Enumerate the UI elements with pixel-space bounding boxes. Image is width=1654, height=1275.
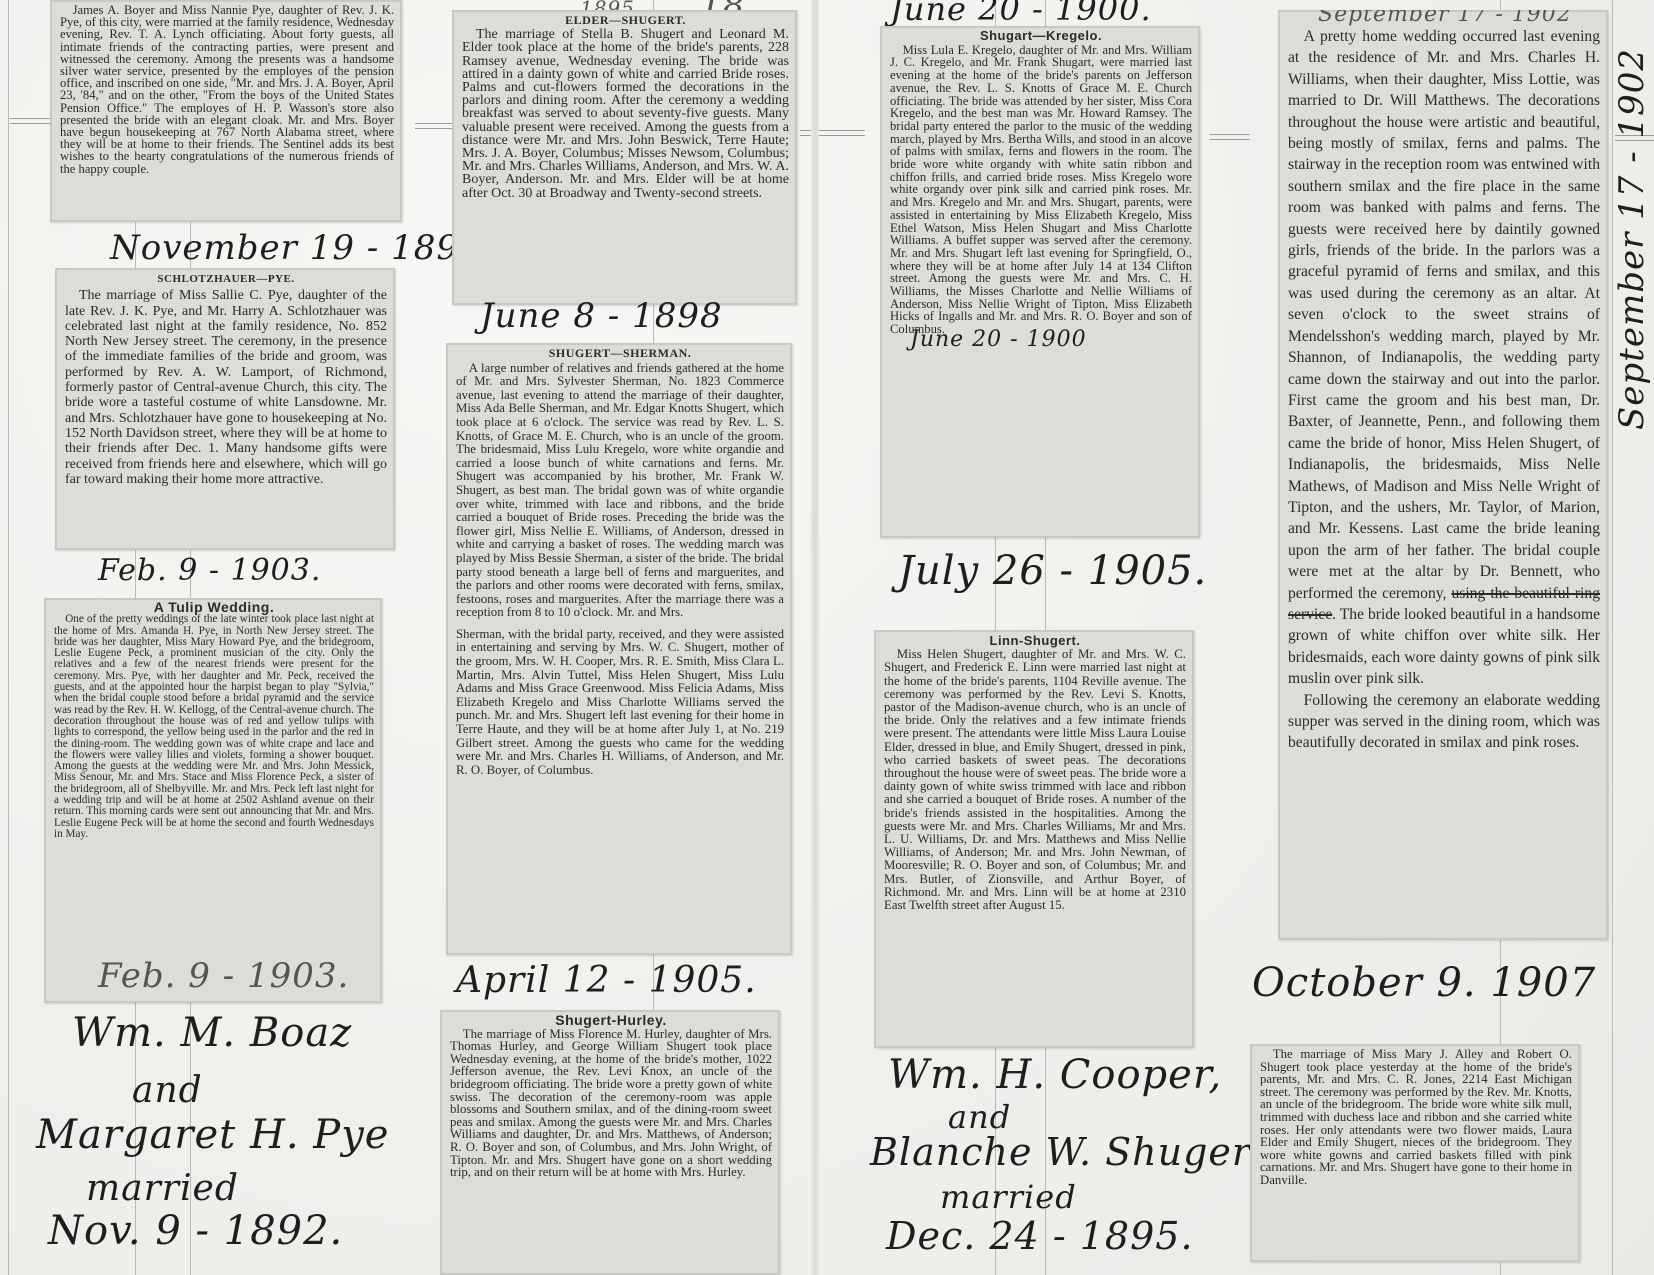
clipping-body: A large number of relatives and friends … [456,362,784,620]
clipping-shugart-kregelo: Shugart—Kregelo. Miss Lula E. Kregelo, d… [880,26,1200,538]
clipping-heading: A Tulip Wedding. [54,602,374,613]
handwritten-line: Wm. M. Boaz [72,1010,352,1056]
handwritten-date: Feb. 9 - 1903. [98,553,321,588]
clipping-schlotzhauer-pye: SCHLOTZHAUER—PYE. The marriage of Miss S… [55,268,395,550]
handwritten-date: July 26 - 1905. [898,548,1207,594]
handwritten-date-on-clipping: September 17 - 1902 [1318,10,1572,25]
clipping-heading: Shugert-Hurley. [450,1014,772,1027]
clipping-boyer-pye: James A. Boyer and Miss Nannie Pye, daug… [50,0,402,222]
clipping-body: The marriage of Miss Mary J. Alley and R… [1260,1048,1572,1187]
clipping-heading: Shugart—Kregelo. [890,30,1192,43]
handwritten-line: Margaret H. Pye [36,1112,389,1158]
clipping-heading: SCHLOTZHAUER—PYE. [65,272,387,287]
handwritten-date: Feb. 9 - 1903. [98,956,349,996]
clipping-shugert-alley: The marriage of Miss Mary J. Alley and R… [1250,1044,1580,1262]
clipping-tulip-wedding: A Tulip Wedding. One of the pretty weddi… [44,598,382,1003]
handwritten-date: June 20 - 1900. [890,0,1152,28]
clipping-heading: ELDER—SHUGERT. [462,14,789,27]
handwritten-line: Dec. 24 - 1895. [886,1214,1194,1258]
clipping-body-continued: Sherman, with the bridal party, received… [456,628,784,778]
scrapbook-page: James A. Boyer and Miss Nannie Pye, daug… [0,0,1654,1275]
handwritten-date: November 19 - 1890. [110,228,493,268]
clipping-body: One of the pretty weddings of the late w… [54,614,374,840]
handwritten-line: and [132,1070,203,1111]
handwritten-date: April 12 - 1905. [456,960,757,1001]
clipping-heading: Linn-Shugert. [884,634,1186,647]
clipping-shugert-sherman: SHUGERT—SHERMAN. A large number of relat… [446,343,792,955]
clipping-linn-shugert: Linn-Shugert. Miss Helen Shugert, daught… [874,630,1194,1048]
clipping-body: The marriage of Miss Sallie C. Pye, daug… [65,288,387,487]
handwritten-line: Blanche W. Shugert. [870,1130,1280,1174]
ruled-line [415,123,455,129]
handwritten-line: Nov. 9 - 1892. [48,1208,343,1254]
clipping-body: James A. Boyer and Miss Nannie Pye, daug… [60,4,394,175]
clipping-heading: SHUGERT—SHERMAN. [456,347,784,361]
clipping-elder-shugert: ELDER—SHUGERT. The marriage of Stella B.… [452,10,797,305]
clipping-body: The marriage of Stella B. Shugert and Le… [462,28,789,200]
handwritten-date-on-clipping: June 20 - 1900 [910,334,1192,347]
handwritten-line: Wm. H. Cooper, [888,1052,1222,1098]
clipping-body-continued: Following the ceremony an elaborate wedd… [1288,690,1600,754]
handwritten-date: October 9. 1907 [1252,960,1596,1006]
ruled-line [800,130,865,136]
handwritten-margin-date: September 17 - 1902 [1612,48,1652,430]
center-fold [811,0,819,1275]
page-edge-line [8,0,9,1275]
handwritten-date: June 8 - 1898 [480,296,723,336]
clipping-body: Miss Lula E. Kregelo, daughter of Mr. an… [890,44,1192,336]
clipping-body: The marriage of Miss Florence M. Hurley,… [450,1028,772,1179]
handwritten-line: married [86,1168,239,1209]
clipping-shugert-hurley: Shugert-Hurley. The marriage of Miss Flo… [440,1010,780,1275]
clipping-williams-matthews: September 17 - 1902 A pretty home weddin… [1278,10,1608,940]
handwritten-line: married [940,1178,1077,1216]
clipping-body: Miss Helen Shugert, daughter of Mr. and … [884,648,1186,912]
ruled-line [1210,134,1250,140]
ruled-line [10,118,55,124]
clipping-body: A pretty home wedding occurred last even… [1288,26,1600,690]
